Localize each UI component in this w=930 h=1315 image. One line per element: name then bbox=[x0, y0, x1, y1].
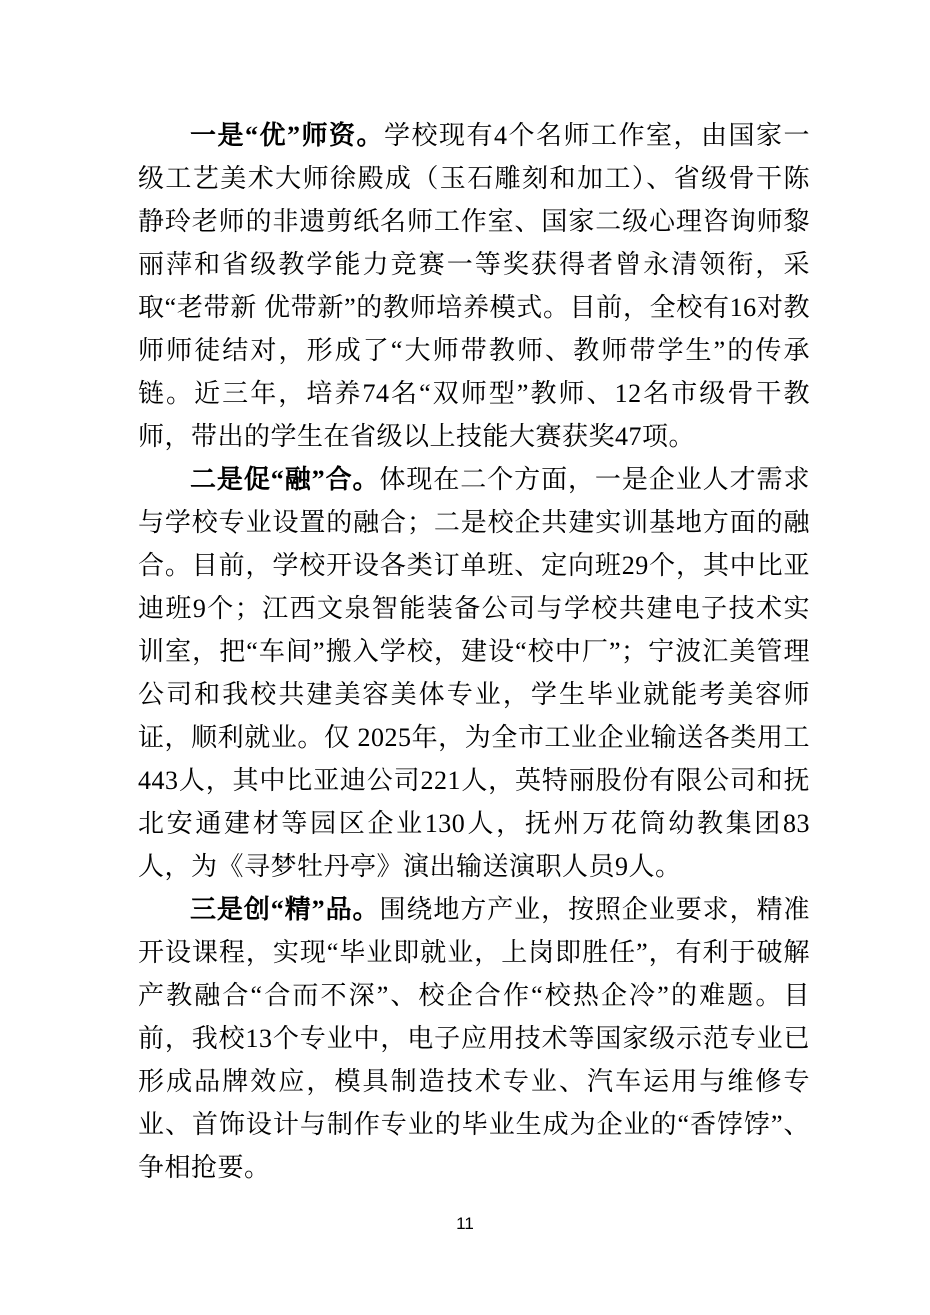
paragraph-2: 二是促“融”合。体现在二个方面，一是企业人才需求与学校专业设置的融合；二是校企共… bbox=[138, 458, 810, 888]
paragraph-1: 一是“优”师资。学校现有4个名师工作室，由国家一级工艺美术大师徐殿成（玉石雕刻和… bbox=[138, 114, 810, 458]
paragraph-1-lead: 一是“优”师资。 bbox=[190, 121, 384, 150]
page-number: 11 bbox=[456, 1214, 474, 1233]
paragraph-2-text: 体现在二个方面，一是企业人才需求与学校专业设置的融合；二是校企共建实训基地方面的… bbox=[138, 465, 810, 881]
paragraph-3-lead: 三是创“精”品。 bbox=[190, 895, 379, 924]
paragraph-3: 三是创“精”品。围绕地方产业，按照企业要求，精准开设课程，实现“毕业即就业，上岗… bbox=[138, 888, 810, 1189]
paragraph-1-text: 学校现有4个名师工作室，由国家一级工艺美术大师徐殿成（玉石雕刻和加工）、省级骨干… bbox=[138, 121, 810, 451]
page-footer: 11 bbox=[0, 1214, 930, 1234]
paragraph-3-text: 围绕地方产业，按照企业要求，精准开设课程，实现“毕业即就业，上岗即胜任”，有利于… bbox=[138, 895, 810, 1182]
paragraph-2-lead: 二是促“融”合。 bbox=[190, 465, 379, 494]
document-page: 一是“优”师资。学校现有4个名师工作室，由国家一级工艺美术大师徐殿成（玉石雕刻和… bbox=[0, 0, 930, 1315]
document-content: 一是“优”师资。学校现有4个名师工作室，由国家一级工艺美术大师徐殿成（玉石雕刻和… bbox=[138, 114, 810, 1189]
